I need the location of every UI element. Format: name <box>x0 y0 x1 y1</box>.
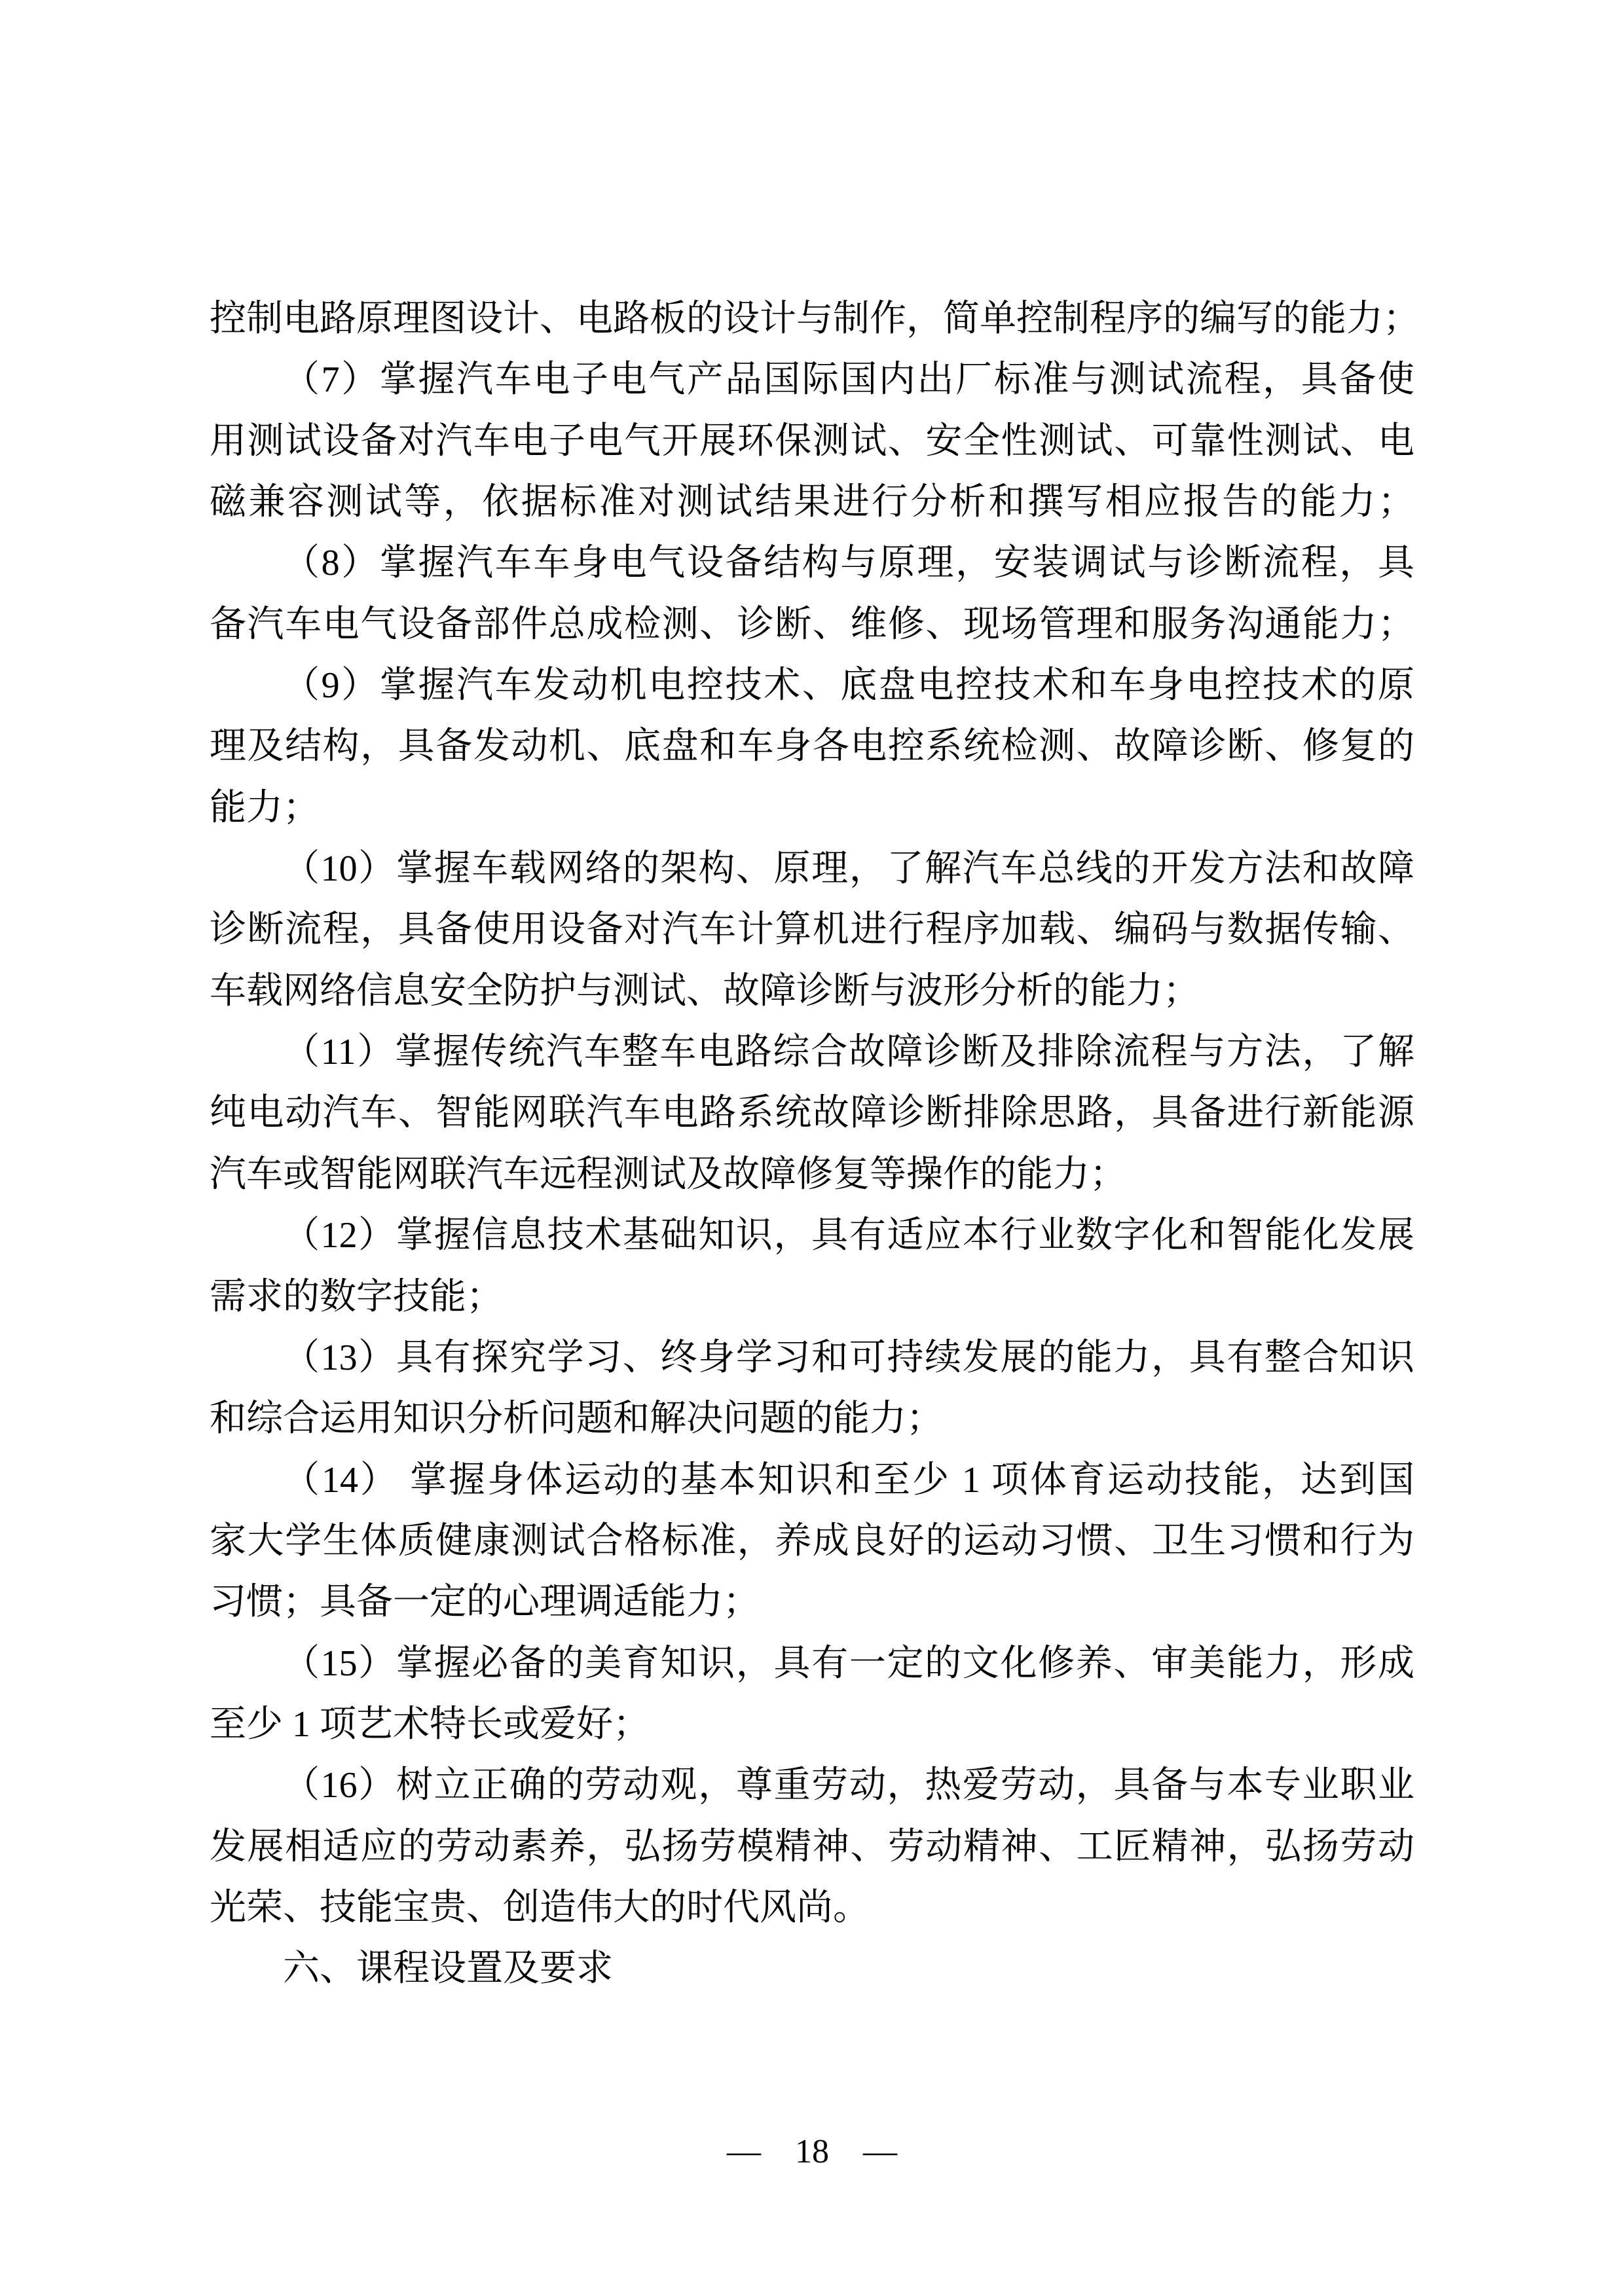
text-line: （15）掌握必备的美育知识，具有一定的文化修养、审美能力，形成 <box>210 1633 1414 1694</box>
text-line: 和综合运用知识分析问题和解决问题的能力； <box>210 1389 1414 1449</box>
text-line: 磁兼容测试等，依据标准对测试结果进行分析和撰写相应报告的能力； <box>210 472 1414 533</box>
text-line: 理及结构，具备发动机、底盘和车身各电控系统检测、故障诊断、修复的 <box>210 716 1414 777</box>
paragraph: （13）具有探究学习、终身学习和可持续发展的能力，具有整合知识 和综合运用知识分… <box>210 1328 1414 1450</box>
text-line: （16）树立正确的劳动观，尊重劳动，热爱劳动，具备与本专业职业 <box>210 1755 1414 1816</box>
text-line: 至少 1 项艺术特长或爱好； <box>210 1694 1414 1755</box>
text-line: 车载网络信息安全防护与测试、故障诊断与波形分析的能力； <box>210 961 1414 1022</box>
text-line: 用测试设备对汽车电子电气开展环保测试、安全性测试、可靠性测试、电 <box>210 411 1414 472</box>
paragraph: （15）掌握必备的美育知识，具有一定的文化修养、审美能力，形成 至少 1 项艺术… <box>210 1633 1414 1756</box>
document-page: 控制电路原理图设计、电路板的设计与制作，简单控制程序的编写的能力； （7）掌握汽… <box>0 0 1624 2296</box>
text-line: （11）掌握传统汽车整车电路综合故障诊断及排除流程与方法，了解 <box>210 1022 1414 1083</box>
text-line: 光荣、技能宝贵、创造伟大的时代风尚。 <box>210 1878 1414 1939</box>
text-line: 备汽车电气设备部件总成检测、诊断、维修、现场管理和服务沟通能力； <box>210 594 1414 655</box>
text-line: （10）掌握车载网络的架构、原理，了解汽车总线的开发方法和故障 <box>210 839 1414 900</box>
page-number: 18 <box>795 2133 829 2170</box>
text-line: （13）具有探究学习、终身学习和可持续发展的能力，具有整合知识 <box>210 1328 1414 1389</box>
text-line: 发展相适应的劳动素养，弘扬劳模精神、劳动精神、工匠精神，弘扬劳动 <box>210 1817 1414 1878</box>
text-line: 习惯；具备一定的心理调适能力； <box>210 1572 1414 1633</box>
page-number-dash: — <box>727 2133 761 2170</box>
paragraph: 控制电路原理图设计、电路板的设计与制作，简单控制程序的编写的能力； <box>210 289 1414 350</box>
text-line: （7）掌握汽车电子电气产品国际国内出厂标准与测试流程，具备使 <box>210 350 1414 410</box>
paragraph: （14） 掌握身体运动的基本知识和至少 1 项体育运动技能，达到国 家大学生体质… <box>210 1450 1414 1633</box>
text-line: 家大学生体质健康测试合格标准，养成良好的运动习惯、卫生习惯和行为 <box>210 1511 1414 1572</box>
document-body: 控制电路原理图设计、电路板的设计与制作，简单控制程序的编写的能力； （7）掌握汽… <box>210 289 1414 2000</box>
paragraph: （16）树立正确的劳动观，尊重劳动，热爱劳动，具备与本专业职业 发展相适应的劳动… <box>210 1755 1414 1939</box>
paragraph: （7）掌握汽车电子电气产品国际国内出厂标准与测试流程，具备使 用测试设备对汽车电… <box>210 350 1414 533</box>
text-line: 需求的数字技能； <box>210 1267 1414 1328</box>
page-number-dash: — <box>863 2133 897 2170</box>
text-line: 控制电路原理图设计、电路板的设计与制作，简单控制程序的编写的能力； <box>210 289 1414 350</box>
page-footer: —18— <box>0 2129 1624 2175</box>
text-line: （14） 掌握身体运动的基本知识和至少 1 项体育运动技能，达到国 <box>210 1450 1414 1511</box>
text-line: 能力； <box>210 778 1414 839</box>
text-line: （9）掌握汽车发动机电控技术、底盘电控技术和车身电控技术的原 <box>210 655 1414 716</box>
text-line: 纯电动汽车、智能网联汽车电路系统故障诊断排除思路，具备进行新能源 <box>210 1083 1414 1144</box>
paragraph: （11）掌握传统汽车整车电路综合故障诊断及排除流程与方法，了解 纯电动汽车、智能… <box>210 1022 1414 1205</box>
text-line: （8）掌握汽车车身电气设备结构与原理，安装调试与诊断流程，具 <box>210 533 1414 594</box>
paragraph: （8）掌握汽车车身电气设备结构与原理，安装调试与诊断流程，具 备汽车电气设备部件… <box>210 533 1414 655</box>
paragraph: （12）掌握信息技术基础知识，具有适应本行业数字化和智能化发展 需求的数字技能； <box>210 1205 1414 1328</box>
text-line: 诊断流程，具备使用设备对汽车计算机进行程序加载、编码与数据传输、 <box>210 900 1414 960</box>
paragraph: （9）掌握汽车发动机电控技术、底盘电控技术和车身电控技术的原 理及结构，具备发动… <box>210 655 1414 839</box>
section-heading: 六、课程设置及要求 <box>210 1939 1414 1999</box>
text-line: （12）掌握信息技术基础知识，具有适应本行业数字化和智能化发展 <box>210 1205 1414 1266</box>
paragraph: （10）掌握车载网络的架构、原理，了解汽车总线的开发方法和故障 诊断流程，具备使… <box>210 839 1414 1022</box>
text-line: 汽车或智能网联汽车远程测试及故障修复等操作的能力； <box>210 1144 1414 1205</box>
